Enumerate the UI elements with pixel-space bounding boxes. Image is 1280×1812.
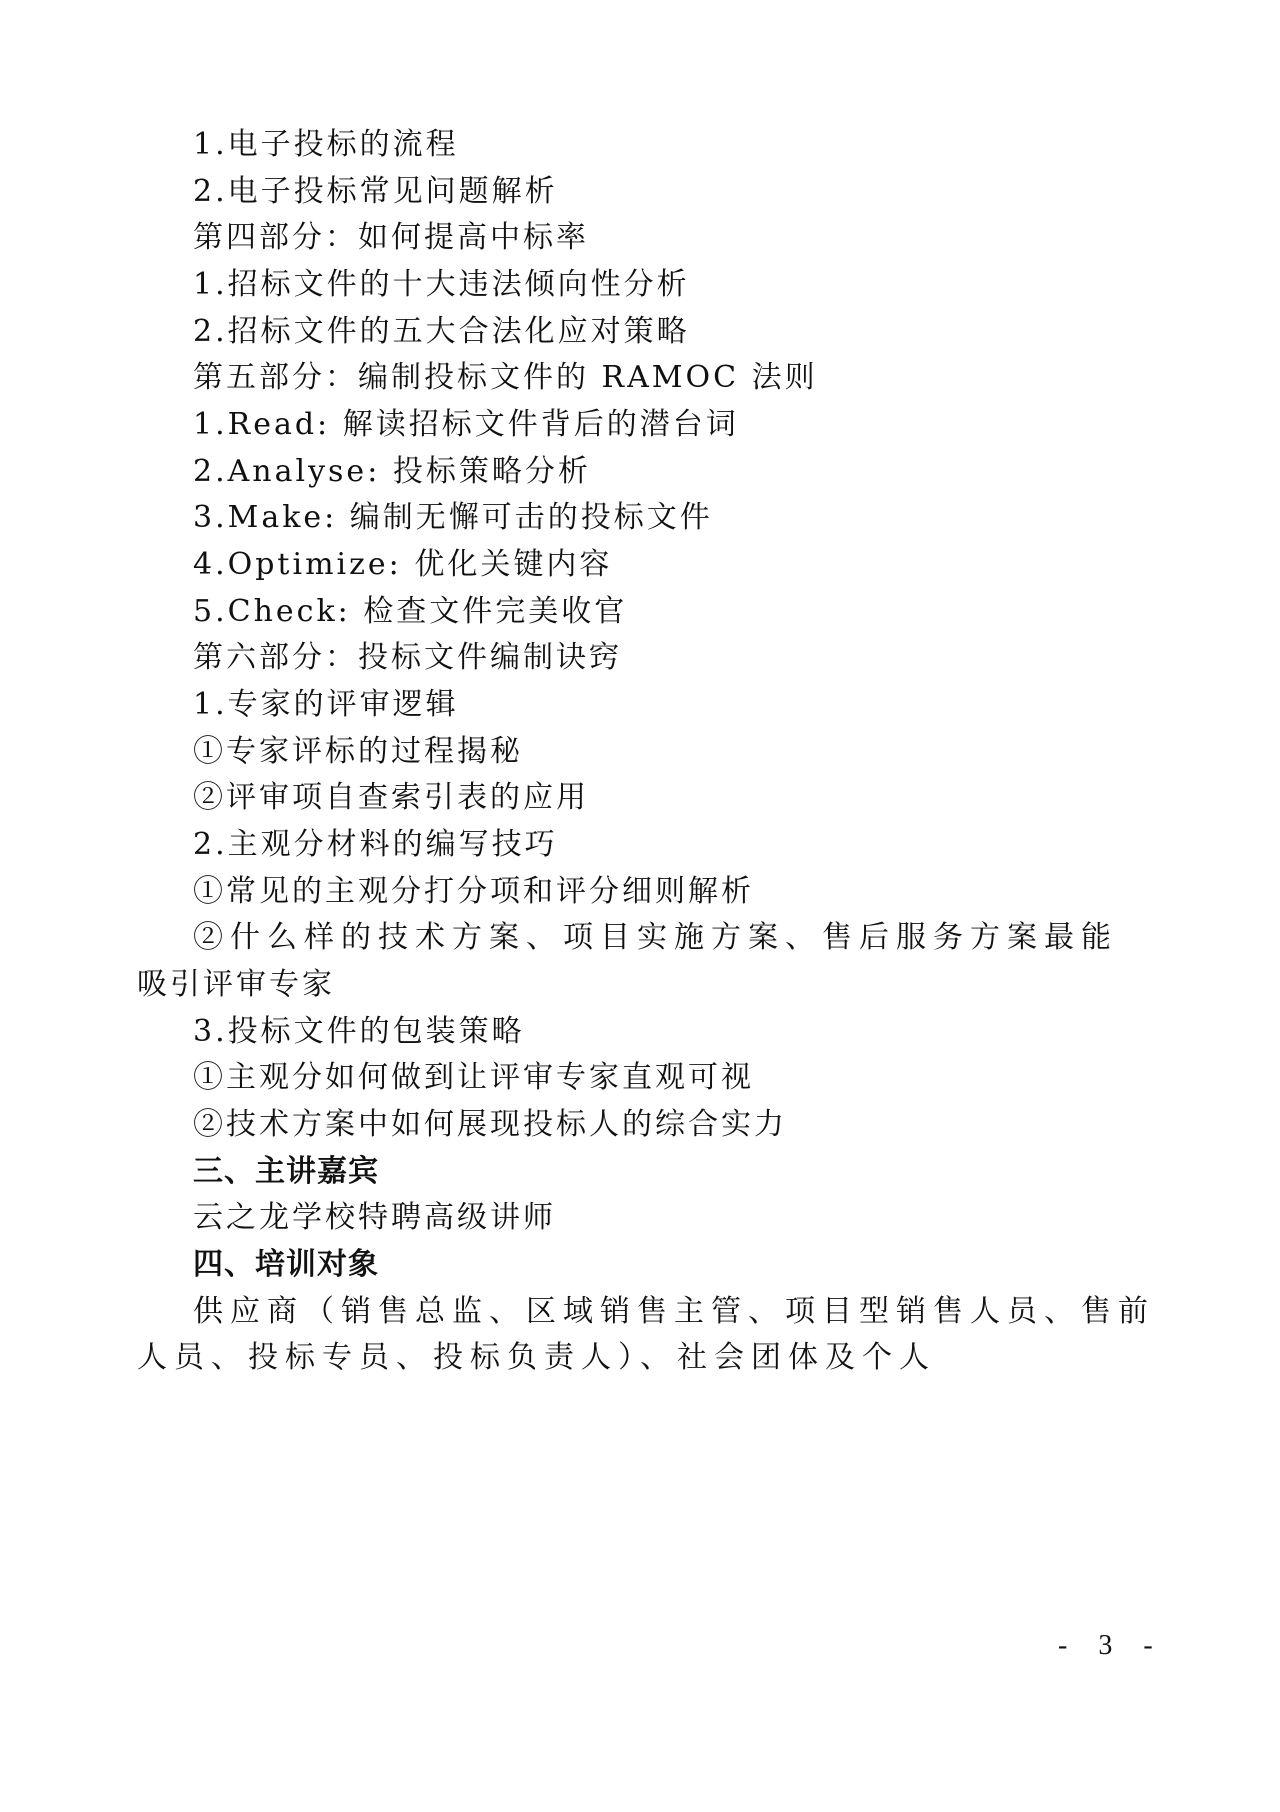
- item-e-bid-process: 1.电子投标的流程: [193, 125, 459, 165]
- audience-paragraph-continuation: 人员、投标专员、投标负责人）、社会团体及个人: [137, 1338, 936, 1378]
- page-number: - 3 -: [1058, 1630, 1165, 1662]
- part-four-title: 第四部分：如何提高中标率: [193, 218, 589, 258]
- document-page: 1.电子投标的流程 2.电子投标常见问题解析 第四部分：如何提高中标率 1.招标…: [0, 0, 1280, 1812]
- subitem-show-strength: ②技术方案中如何展现投标人的综合实力: [193, 1105, 787, 1145]
- section-audience-heading: 四、培训对象: [193, 1245, 379, 1285]
- item-read: 1.Read: 解读招标文件背后的潜台词: [193, 405, 739, 445]
- subitem-visual-score: ①主观分如何做到让评审专家直观可视: [193, 1058, 754, 1098]
- item-check: 5.Check: 检查文件完美收官: [193, 592, 627, 632]
- item-make: 3.Make: 编制无懈可击的投标文件: [193, 498, 713, 538]
- item-optimize: 4.Optimize: 优化关键内容: [193, 545, 612, 585]
- item-packaging-strategy: 3.投标文件的包装策略: [193, 1012, 525, 1052]
- subitem-review-process: ①专家评标的过程揭秘: [193, 732, 523, 772]
- part-five-title: 第五部分：编制投标文件的 RAMOC 法则: [193, 358, 818, 398]
- subitem-best-plans: ②什么样的技术方案、项目实施方案、售后服务方案最能: [193, 918, 1118, 958]
- subitem-scoring-rules: ①常见的主观分打分项和评分细则解析: [193, 872, 754, 912]
- item-legal-strategies: 2.招标文件的五大合法化应对策略: [193, 312, 690, 352]
- item-subjective-writing: 2.主观分材料的编写技巧: [193, 825, 558, 865]
- speaker-description: 云之龙学校特聘高级讲师: [193, 1198, 556, 1238]
- item-analyse: 2.Analyse: 投标策略分析: [193, 452, 591, 492]
- item-expert-logic: 1.专家的评审逻辑: [193, 685, 459, 725]
- subitem-best-plans-continuation: 吸引评审专家: [137, 965, 335, 1005]
- part-six-title: 第六部分：投标文件编制诀窍: [193, 638, 622, 678]
- item-e-bid-faq: 2.电子投标常见问题解析: [193, 172, 558, 212]
- subitem-index-table: ②评审项自查索引表的应用: [193, 778, 589, 818]
- item-illegal-tendency: 1.招标文件的十大违法倾向性分析: [193, 265, 690, 305]
- audience-paragraph: 供应商（销售总监、区域销售主管、项目型销售人员、售前: [193, 1292, 1155, 1332]
- section-speaker-heading: 三、主讲嘉宾: [193, 1152, 379, 1192]
